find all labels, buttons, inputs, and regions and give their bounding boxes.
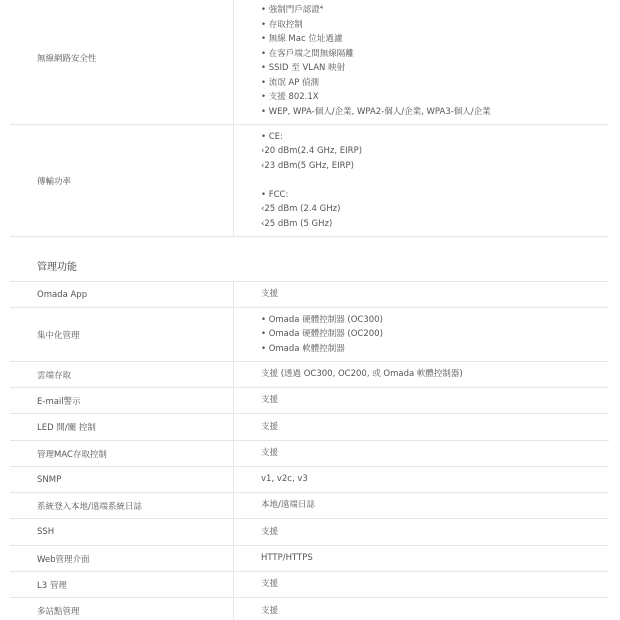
row-value: 支援 xyxy=(234,441,609,466)
spacer xyxy=(261,173,609,188)
row-label: 傳輸功率 xyxy=(10,125,234,236)
table-row: 管理MAC存取控制 支援 xyxy=(10,441,609,467)
row-value: v1, v2c, v3 xyxy=(234,467,609,492)
row-label: SSH xyxy=(10,519,234,545)
row-value-text: 支援 xyxy=(261,287,609,302)
list-item: • 流氓 AP 偵測 xyxy=(261,76,609,91)
row-value: 本地/遠端日誌 xyxy=(234,493,609,518)
row-label: L3 管理 xyxy=(10,572,234,597)
table-row: SNMP v1, v2c, v3 xyxy=(10,467,609,493)
list-item: ‹25 dBm (2.4 GHz) xyxy=(261,202,609,217)
table-row-transmit-power: 傳輸功率 • CE: ‹20 dBm(2.4 GHz, EIRP) ‹23 dB… xyxy=(10,125,609,237)
row-value-text: v1, v2c, v3 xyxy=(261,472,609,487)
row-value-text: 支援 xyxy=(261,525,609,540)
table-row: 多站點管理 支援 xyxy=(10,598,609,620)
row-label: SNMP xyxy=(10,467,234,492)
row-value: 支援 xyxy=(234,519,609,545)
row-value: 支援 xyxy=(234,572,609,597)
row-value-text: 支援 xyxy=(261,577,609,592)
row-value-text: 支援 (透過 OC300, OC200, 或 Omada 軟體控制器) xyxy=(261,367,609,382)
list-item: • Omada 硬體控制器 (OC300) xyxy=(261,313,609,328)
row-label: Omada App xyxy=(10,282,234,307)
row-value-text: 支援 xyxy=(261,604,609,619)
table-row: L3 管理 支援 xyxy=(10,572,609,598)
list-item: • WEP, WPA-個人/企業, WPA2-個人/企業, WPA3-個人/企業 xyxy=(261,105,609,120)
list-item: ‹20 dBm(2.4 GHz, EIRP) xyxy=(261,144,609,159)
row-value: • CE: ‹20 dBm(2.4 GHz, EIRP) ‹23 dBm(5 G… xyxy=(234,125,609,236)
row-label: 管理MAC存取控制 xyxy=(10,441,234,466)
row-value: 支援 (透過 OC300, OC200, 或 Omada 軟體控制器) xyxy=(234,362,609,387)
table-row: 雲端存取 支援 (透過 OC300, OC200, 或 Omada 軟體控制器) xyxy=(10,362,609,388)
list-item: • 無線 Mac 位址過濾 xyxy=(261,32,609,47)
spec-page: 無線網路安全性 • 強制門戶認證⁴ • 存取控制 • 無線 Mac 位址過濾 •… xyxy=(0,0,620,620)
table-row: E-mail警示 支援 xyxy=(10,388,609,414)
list-item: • Omada 軟體控制器 xyxy=(261,342,609,357)
table-row: LED 開/關 控制 支援 xyxy=(10,414,609,441)
row-value-text: 支援 xyxy=(261,393,609,408)
row-label: Web管理介面 xyxy=(10,546,234,571)
row-value-text: 支援 xyxy=(261,446,609,461)
list-item: • 存取控制 xyxy=(261,18,609,33)
list-item: • SSID 至 VLAN 映射 xyxy=(261,61,609,76)
row-value: • Omada 硬體控制器 (OC300) • Omada 硬體控制器 (OC2… xyxy=(234,308,609,361)
row-value-text: HTTP/HTTPS xyxy=(261,551,609,566)
table-row: 集中化管理 • Omada 硬體控制器 (OC300) • Omada 硬體控制… xyxy=(10,308,609,362)
row-label: 多站點管理 xyxy=(10,598,234,620)
table-row: Omada App 支援 xyxy=(10,282,609,308)
row-value: • 強制門戶認證⁴ • 存取控制 • 無線 Mac 位址過濾 • 在客戶端之間無… xyxy=(234,0,609,124)
list-item: ‹23 dBm(5 GHz, EIRP) xyxy=(261,159,609,174)
row-value: 支援 xyxy=(234,388,609,413)
list-item: ‹25 dBm (5 GHz) xyxy=(261,217,609,232)
table-row: 系統登入本地/遠端系統日誌 本地/遠端日誌 xyxy=(10,493,609,519)
row-label: 集中化管理 xyxy=(10,308,234,361)
row-label: 無線網路安全性 xyxy=(10,0,234,124)
list-item: • CE: xyxy=(261,130,609,145)
section-title-management: 管理功能 xyxy=(37,258,77,273)
management-spec-table: Omada App 支援 集中化管理 • Omada 硬體控制器 (OC300)… xyxy=(10,282,609,620)
row-label: LED 開/關 控制 xyxy=(10,414,234,440)
row-label: E-mail警示 xyxy=(10,388,234,413)
table-row: Web管理介面 HTTP/HTTPS xyxy=(10,546,609,572)
row-value: 支援 xyxy=(234,282,609,307)
row-label: 系統登入本地/遠端系統日誌 xyxy=(10,493,234,518)
row-value-text: 本地/遠端日誌 xyxy=(261,498,609,513)
row-value: 支援 xyxy=(234,414,609,440)
list-item: • 強制門戶認證⁴ xyxy=(261,3,609,18)
row-label: 雲端存取 xyxy=(10,362,234,387)
wireless-spec-table: 無線網路安全性 • 強制門戶認證⁴ • 存取控制 • 無線 Mac 位址過濾 •… xyxy=(10,0,609,237)
row-value-text: 支援 xyxy=(261,420,609,435)
table-row-wireless-security: 無線網路安全性 • 強制門戶認證⁴ • 存取控制 • 無線 Mac 位址過濾 •… xyxy=(10,0,609,125)
list-item: • Omada 硬體控制器 (OC200) xyxy=(261,327,609,342)
table-row: SSH 支援 xyxy=(10,519,609,546)
list-item: • FCC: xyxy=(261,188,609,203)
list-item: • 在客戶端之間無線隔離 xyxy=(261,47,609,62)
row-value: 支援 xyxy=(234,598,609,620)
row-value: HTTP/HTTPS xyxy=(234,546,609,571)
list-item: • 支援 802.1X xyxy=(261,90,609,105)
